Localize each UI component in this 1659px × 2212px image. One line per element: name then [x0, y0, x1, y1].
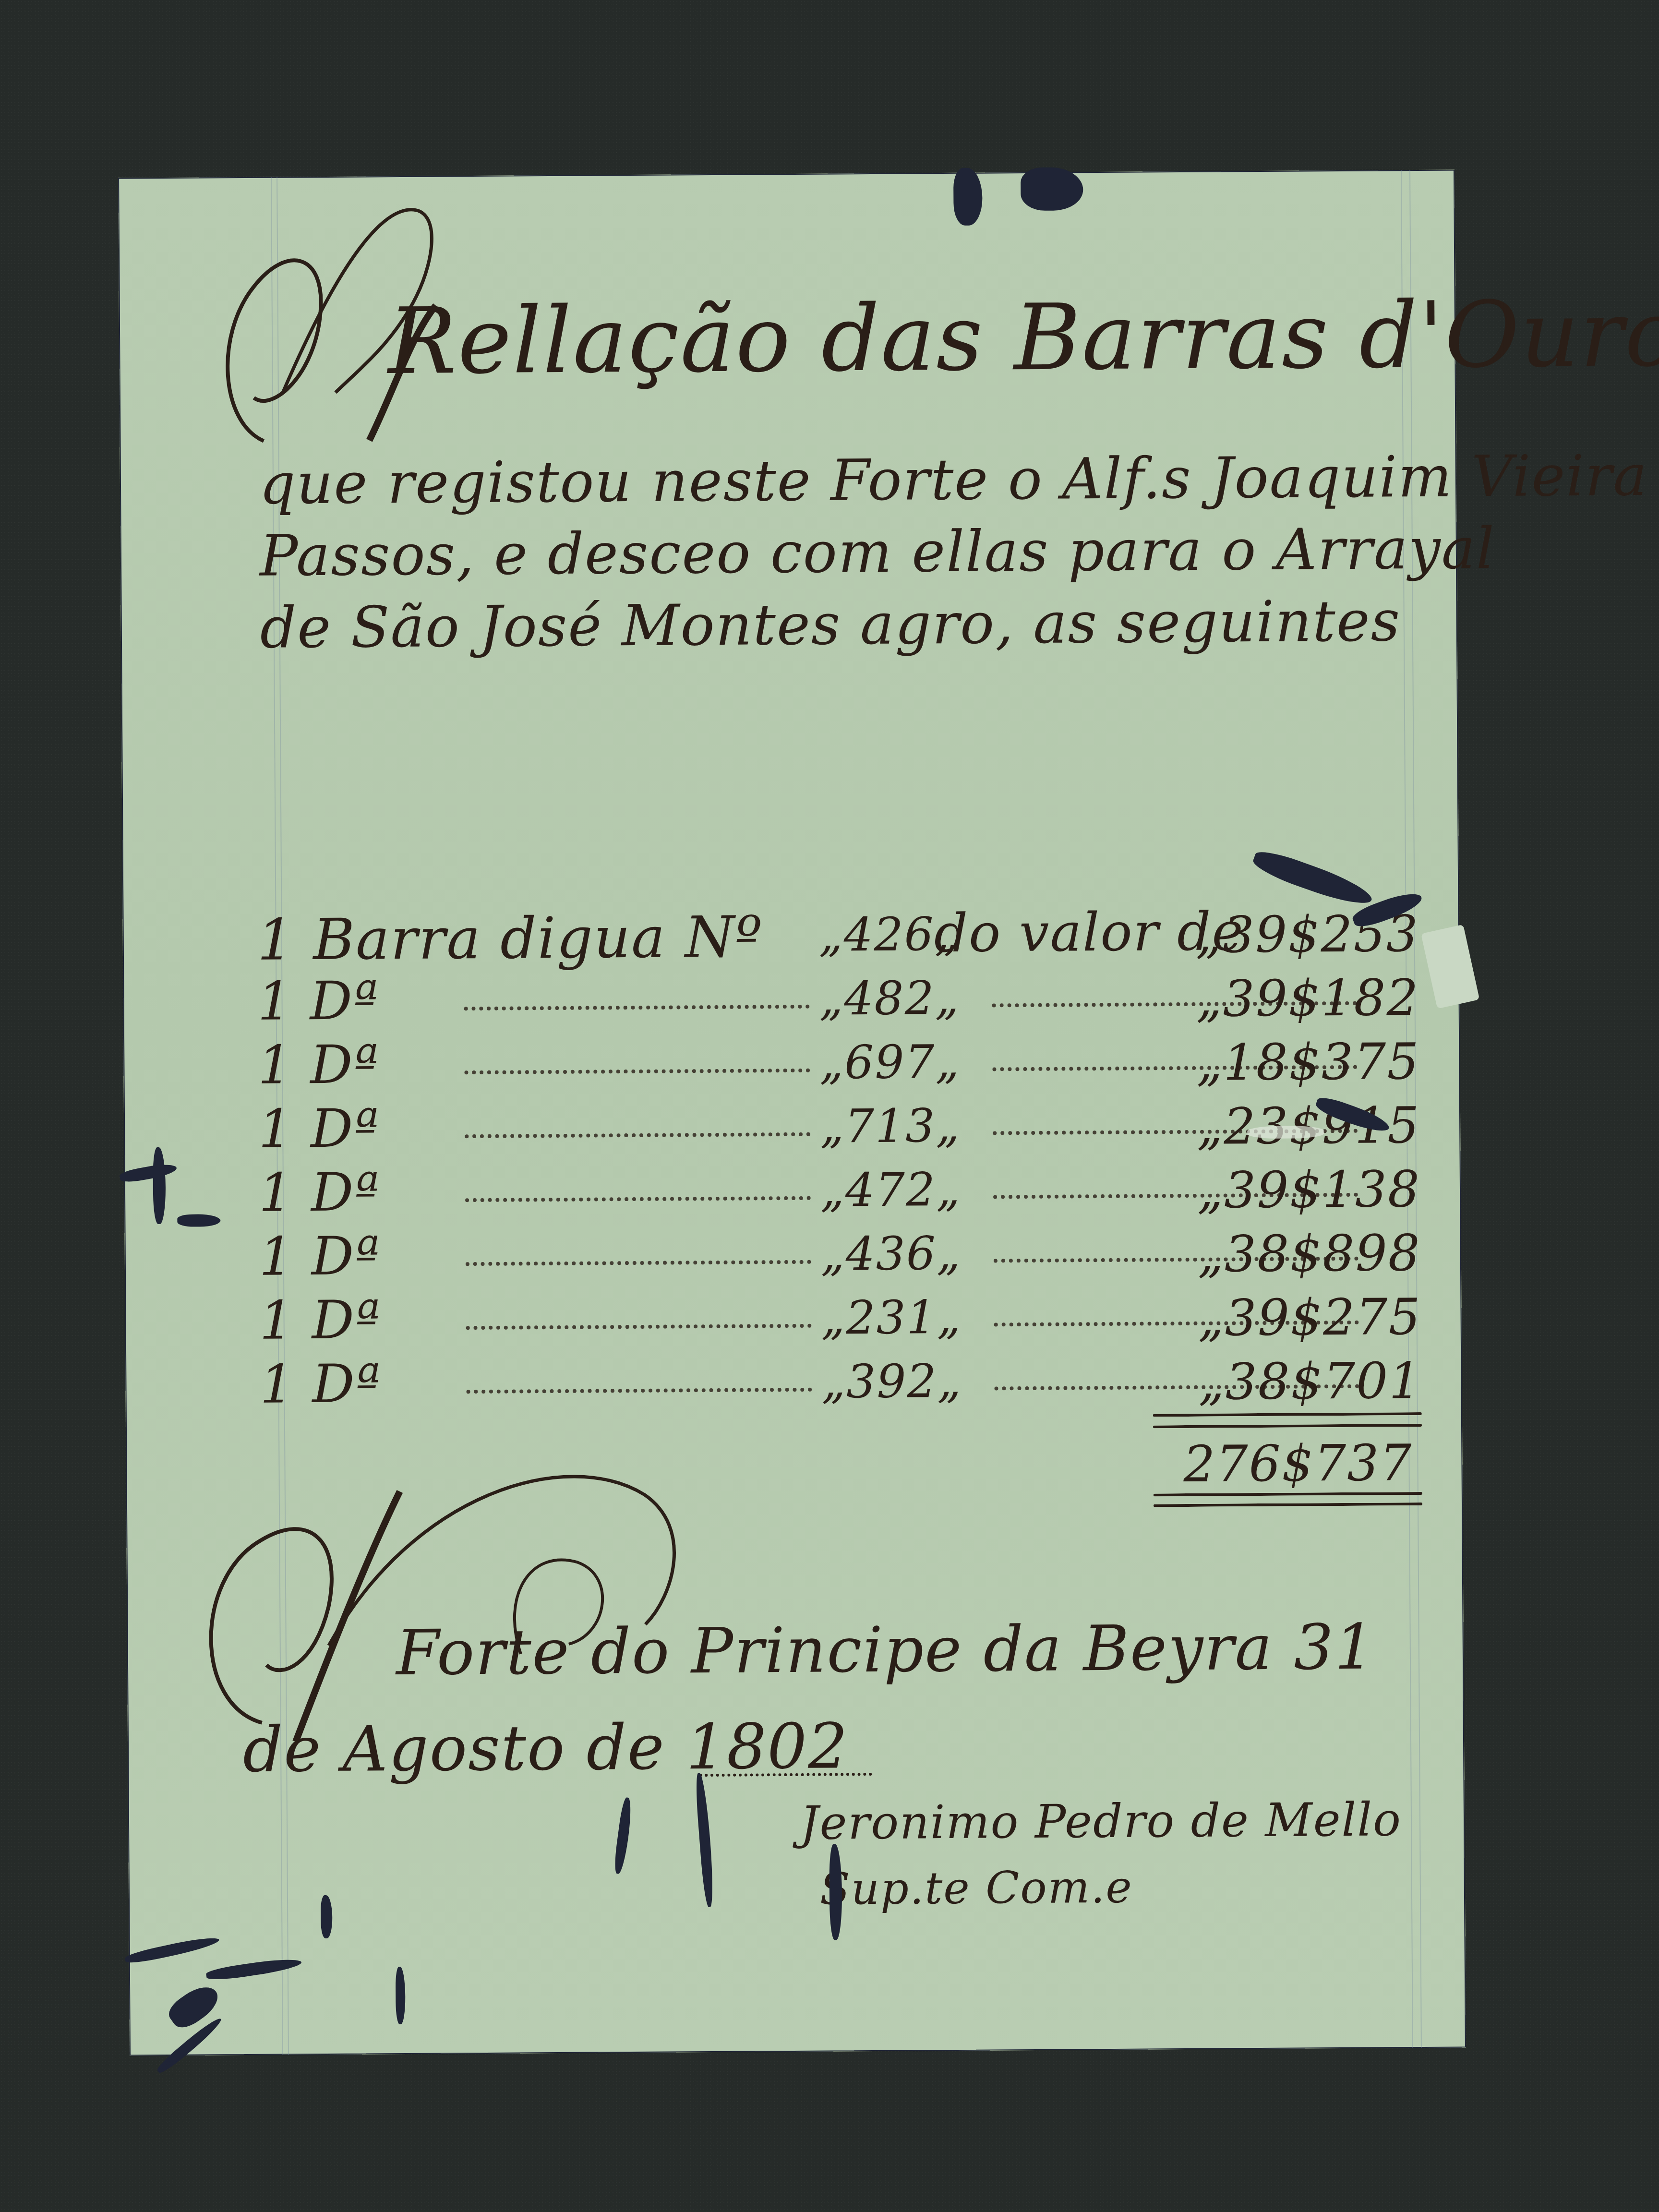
paper-damage — [953, 168, 983, 226]
row-label: 1 Dª — [259, 1225, 381, 1287]
signature: Jeronimo Pedro de Mello — [800, 1792, 1402, 1850]
bar-value: „38$701 — [1198, 1351, 1422, 1411]
paper-damage — [177, 1214, 220, 1227]
manuscript-page: Rellação das Barras d'Ouro que registou … — [118, 170, 1466, 2056]
row-label: 1 Dª — [259, 1161, 381, 1224]
paper-damage — [1021, 167, 1083, 211]
dotted-leader — [465, 1196, 811, 1202]
place-line: Forte do Principe da Beyra 31 — [396, 1611, 1375, 1689]
double-rule — [1153, 1412, 1422, 1417]
row-label: 1 Dª — [259, 1289, 381, 1351]
bar-value: „18$375 — [1196, 1032, 1420, 1092]
ledger-row: 1 Dª „482„ „39$182 — [243, 963, 1419, 1034]
paper-damage — [695, 1773, 715, 1908]
bar-value: „39$182 — [1196, 968, 1419, 1028]
bar-number: „697„ — [819, 1035, 960, 1090]
double-rule — [1153, 1424, 1422, 1428]
row-label: 1 Dª — [257, 970, 379, 1032]
ledger-row: 1 Dª „713„ „23$915 — [244, 1091, 1420, 1162]
double-rule — [1154, 1503, 1422, 1507]
paper-damage — [119, 1162, 178, 1184]
total-value: 276$737 — [1183, 1433, 1413, 1493]
row-label: 1 Dª — [258, 1034, 380, 1096]
paper-tear — [1247, 1126, 1324, 1139]
bar-number: „472„ — [820, 1163, 961, 1217]
paper-damage — [153, 1147, 166, 1224]
bar-number: „482„ — [819, 971, 960, 1026]
signature-title: Sup.te Com.e — [820, 1862, 1133, 1915]
dotted-leader — [467, 1388, 812, 1394]
dotted-leader — [464, 1005, 810, 1010]
bar-number: „436„ — [820, 1226, 961, 1281]
row-label: 1 Dª — [260, 1353, 382, 1415]
intro-line: Passos, e desceo com ellas para o Arraya… — [260, 520, 1496, 584]
paper-damage — [321, 1895, 333, 1938]
paper-damage — [124, 1934, 220, 1966]
bar-number: „392„ — [821, 1354, 962, 1409]
row-label: 1 Barra digua Nº — [257, 903, 763, 973]
bar-number: „713„ — [820, 1099, 961, 1154]
gold-bars-ledger: 1 Barra digua Nº „426„ do valor de „39$2… — [242, 900, 1422, 1509]
bar-value: „38$898 — [1198, 1224, 1421, 1284]
row-label: 1 Dª — [258, 1097, 380, 1160]
intro-line: de São José Montes agro, as seguintes — [260, 592, 1401, 656]
ledger-row: 1 Dª „392„ „38$701 — [245, 1346, 1422, 1418]
dotted-leader — [466, 1324, 812, 1330]
ledger-row: 1 Dª „231„ „39$275 — [245, 1283, 1421, 1354]
bar-value: „39$275 — [1198, 1287, 1421, 1347]
paper-damage — [396, 1967, 406, 2024]
bar-number: „231„ — [821, 1290, 962, 1345]
bar-value: „39$138 — [1197, 1160, 1421, 1220]
document-title: Rellação das Barras d'Ouro — [388, 289, 1659, 387]
calligraphic-flourish-icon — [183, 1451, 790, 1743]
paper-damage — [829, 1844, 842, 1940]
dotted-leader — [465, 1132, 810, 1138]
ledger-row: 1 Barra digua Nº „426„ do valor de „39$2… — [242, 900, 1419, 971]
ledger-row: 1 Dª „472„ „39$138 — [244, 1155, 1421, 1226]
ledger-row: 1 Dª „697„ „18$375 — [243, 1027, 1420, 1098]
intro-line: que registou neste Forte o Alf.s Joaquim… — [259, 447, 1648, 512]
paper-damage — [613, 1797, 634, 1875]
dotted-leader — [464, 1069, 810, 1074]
ledger-row: 1 Dª „436„ „38$898 — [244, 1219, 1421, 1290]
dotted-leader — [466, 1260, 811, 1266]
